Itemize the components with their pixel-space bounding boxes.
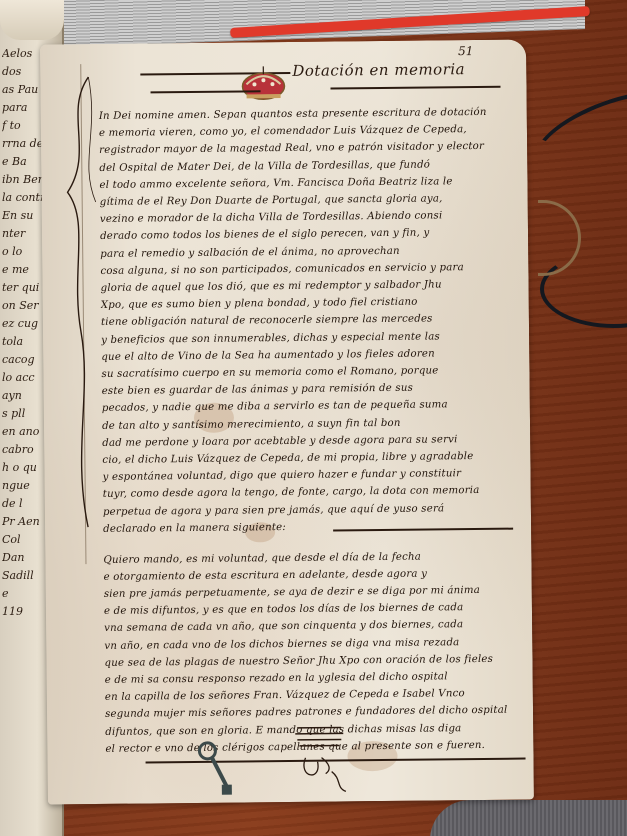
heading-rule-under-right [330,86,500,89]
key-stamp-icon [197,741,234,799]
manuscript-body: In Dei nomine amen. Sepan quantos esta p… [99,104,526,760]
folio-number: 51 [458,44,473,58]
margin-flourish-icon [58,72,103,532]
left-page-curl [0,0,64,40]
gray-cloth [430,800,627,836]
paragraph-1: In Dei nomine amen. Sepan quantos esta p… [99,104,523,538]
ink-sketch-icon [291,717,352,798]
crown-seal-icon [240,66,286,102]
document-heading: Dotación en memoria [292,60,465,80]
manuscript-page: 51 Dotación en memoria In Dei nomine ame… [40,39,534,804]
